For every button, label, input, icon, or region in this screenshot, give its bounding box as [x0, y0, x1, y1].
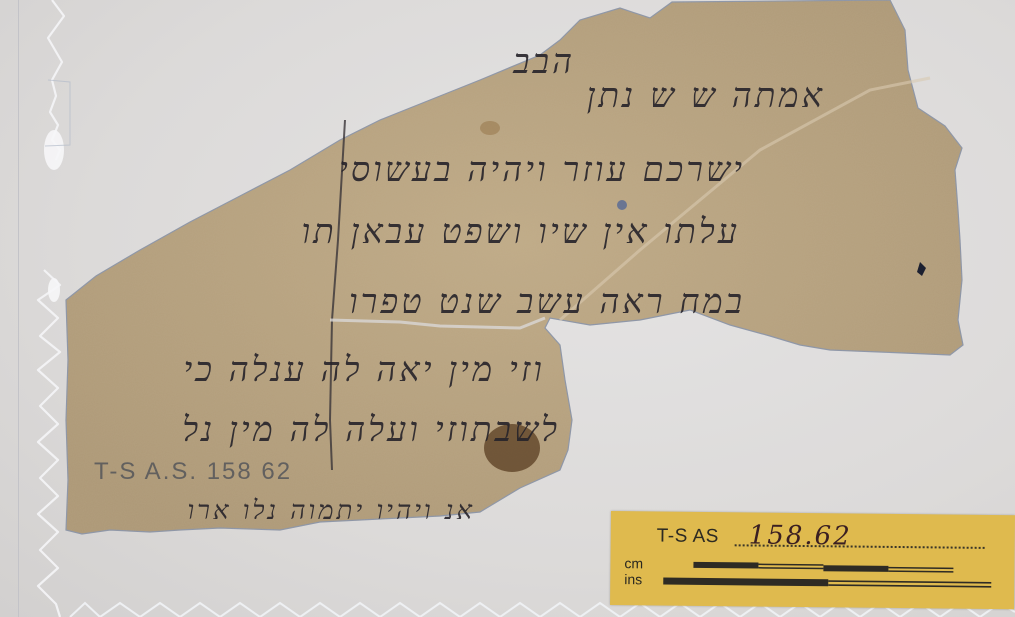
- pencil-shelfmark: T-S A.S. 158 62: [94, 458, 292, 486]
- manuscript-line-8: אנ ויהיו יתמוה נלו ארו: [187, 496, 475, 526]
- manuscript-line-5: במח ראה עשב שנט טפרו: [349, 282, 745, 322]
- manuscript-line-4: עלתו אין שיו ושפט עבאן תו: [301, 212, 740, 252]
- manuscript-line-1: הבב: [513, 42, 575, 82]
- shelfmark-label-card: T-S AS 158.62 cm ins: [610, 511, 1015, 609]
- manuscript-line-2: אמתה ש ש נתן: [587, 76, 825, 116]
- scale-bars: [610, 511, 1015, 609]
- manuscript-line-7: לשבתוזי ועלה לה מין נל: [182, 410, 560, 450]
- manuscript-line-3: ישרכם עוזר ויהיה בעשוסי: [339, 150, 745, 190]
- manuscript-line-6: וזי מין יאה לה ענלה כי: [183, 350, 545, 390]
